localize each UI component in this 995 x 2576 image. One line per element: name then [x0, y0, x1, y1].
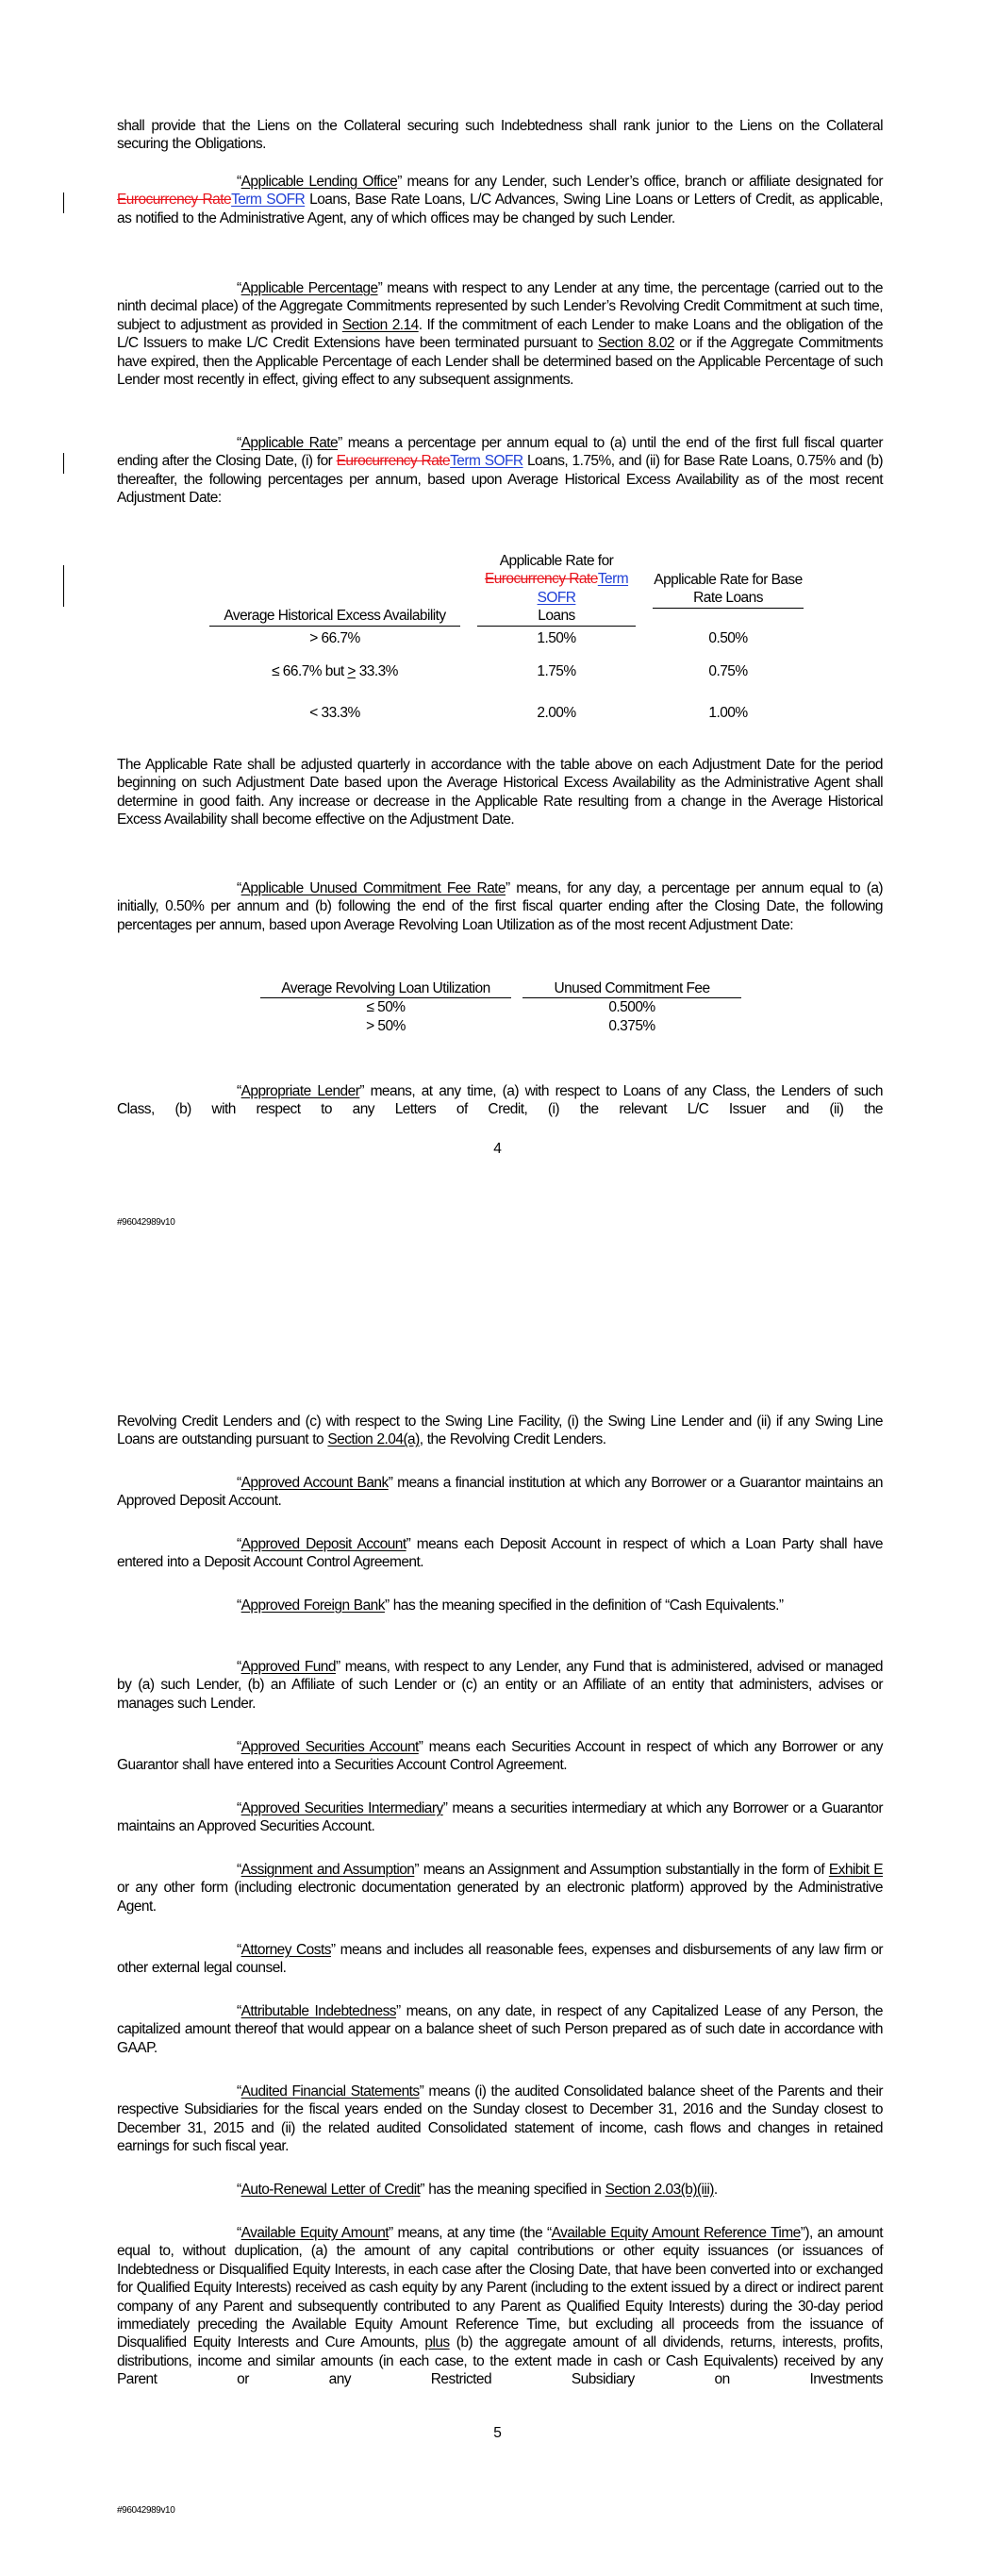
table-row: ≤ 50% 0.500%	[260, 998, 741, 1016]
definition-available-equity-amount: “Available Equity Amount” means, at any …	[117, 2224, 883, 2389]
page-number: 5	[0, 2425, 995, 2442]
table-row: < 33.3% 2.00% 1.00%	[209, 693, 804, 734]
definition-attributable-indebtedness: “Attributable Indebtedness” means, on an…	[117, 2002, 883, 2057]
definition-approved-securities-intermediary: “Approved Securities Intermediary” means…	[117, 1799, 883, 1836]
defined-term: Audited Financial Statements	[241, 2083, 420, 2099]
definition-approved-account-bank: “Approved Account Bank” means a financia…	[117, 1474, 883, 1511]
defined-term: Approved Account Bank	[241, 1475, 389, 1491]
defined-term: Appropriate Lender	[241, 1083, 360, 1099]
defined-term: Available Equity Amount	[241, 2225, 389, 2241]
definition-approved-fund: “Approved Fund” means, with respect to a…	[117, 1658, 883, 1713]
document-id: #96042989v10	[117, 1217, 174, 1228]
inserted-text: Term SOFR	[231, 192, 305, 208]
defined-term: Assignment and Assumption	[241, 1862, 415, 1878]
defined-term: Approved Securities Account	[241, 1739, 419, 1755]
header-sofr-rate: Applicable Rate forEurocurrency RateTerm…	[477, 552, 636, 627]
section-reference: Section 8.02	[598, 335, 674, 351]
section-reference: Section 2.04(a)	[327, 1431, 419, 1447]
definition-applicable-lending-office: “Applicable Lending Office” means for an…	[117, 173, 883, 227]
defined-term: Applicable Lending Office	[241, 174, 398, 190]
definition-audited-financial-statements: “Audited Financial Statements” means (i)…	[117, 2083, 883, 2156]
header-utilization: Average Revolving Loan Utilization	[260, 979, 511, 998]
defined-term: Attributable Indebtedness	[241, 2003, 396, 2019]
definition-applicable-rate: “Applicable Rate” means a percentage per…	[117, 434, 883, 508]
definition-applicable-percentage: “Applicable Percentage” means with respe…	[117, 279, 883, 389]
defined-term: Approved Foreign Bank	[241, 1597, 385, 1614]
definition-assignment-and-assumption: “Assignment and Assumption” means an Ass…	[117, 1861, 883, 1915]
table-row: > 50% 0.375%	[260, 1017, 741, 1035]
exhibit-reference: Exhibit E	[829, 1862, 883, 1878]
page-number: 4	[0, 1141, 995, 1158]
definition-approved-foreign-bank: “Approved Foreign Bank” has the meaning …	[117, 1597, 883, 1614]
defined-term: Applicable Unused Commitment Fee Rate	[241, 880, 506, 896]
deleted-text: Eurocurrency Rate	[117, 192, 231, 208]
section-reference: Section 2.03(b)(iii)	[605, 2182, 714, 2198]
definition-unused-commitment-fee-rate: “Applicable Unused Commitment Fee Rate” …	[117, 879, 883, 934]
definition-attorney-costs: “Attorney Costs” means and includes all …	[117, 1941, 883, 1978]
header-availability: Average Historical Excess Availability	[209, 552, 460, 627]
defined-term: Attorney Costs	[241, 1942, 331, 1958]
deleted-text: Eurocurrency Rate	[337, 453, 450, 469]
section-reference: Section 2.14	[342, 317, 419, 333]
defined-term: Approved Deposit Account	[241, 1536, 406, 1552]
definition-approved-deposit-account: “Approved Deposit Account” means each De…	[117, 1535, 883, 1572]
definition-auto-renewal-letter-of-credit: “Auto-Renewal Letter of Credit” has the …	[117, 2181, 883, 2199]
header-unused-fee: Unused Commitment Fee	[522, 979, 741, 998]
definition-appropriate-lender: “Appropriate Lender” means, at any time,…	[117, 1082, 883, 1119]
applicable-rate-table: Average Historical Excess Availability A…	[209, 552, 804, 734]
defined-term: Available Equity Amount Reference Time	[552, 2225, 801, 2241]
rate-adjustment-paragraph: The Applicable Rate shall be adjusted qu…	[117, 756, 883, 829]
document-id: #96042989v10	[117, 2505, 174, 2516]
defined-term: Applicable Rate	[241, 435, 339, 451]
defined-term: Approved Fund	[241, 1659, 336, 1675]
change-bar	[63, 453, 64, 474]
definition-approved-securities-account: “Approved Securities Account” means each…	[117, 1738, 883, 1775]
emphasis-plus: plus	[424, 2334, 449, 2350]
change-bar	[63, 565, 64, 607]
table-row: > 66.7% 1.50% 0.50%	[209, 627, 804, 651]
defined-term: Applicable Percentage	[241, 280, 378, 296]
defined-term: Auto-Renewal Letter of Credit	[241, 2182, 421, 2198]
change-bar	[63, 192, 64, 213]
table-row: ≤ 66.7% but > 33.3% 1.75% 0.75%	[209, 651, 804, 693]
continuation-paragraph: shall provide that the Liens on the Coll…	[117, 117, 883, 154]
inserted-text: Term SOFR	[450, 453, 522, 469]
unused-fee-table: Average Revolving Loan Utilization Unuse…	[260, 979, 741, 1035]
header-base-rate: Applicable Rate for Base Rate Loans	[653, 552, 804, 627]
defined-term: Approved Securities Intermediary	[241, 1800, 443, 1816]
continuation-paragraph: Revolving Credit Lenders and (c) with re…	[117, 1413, 883, 1449]
